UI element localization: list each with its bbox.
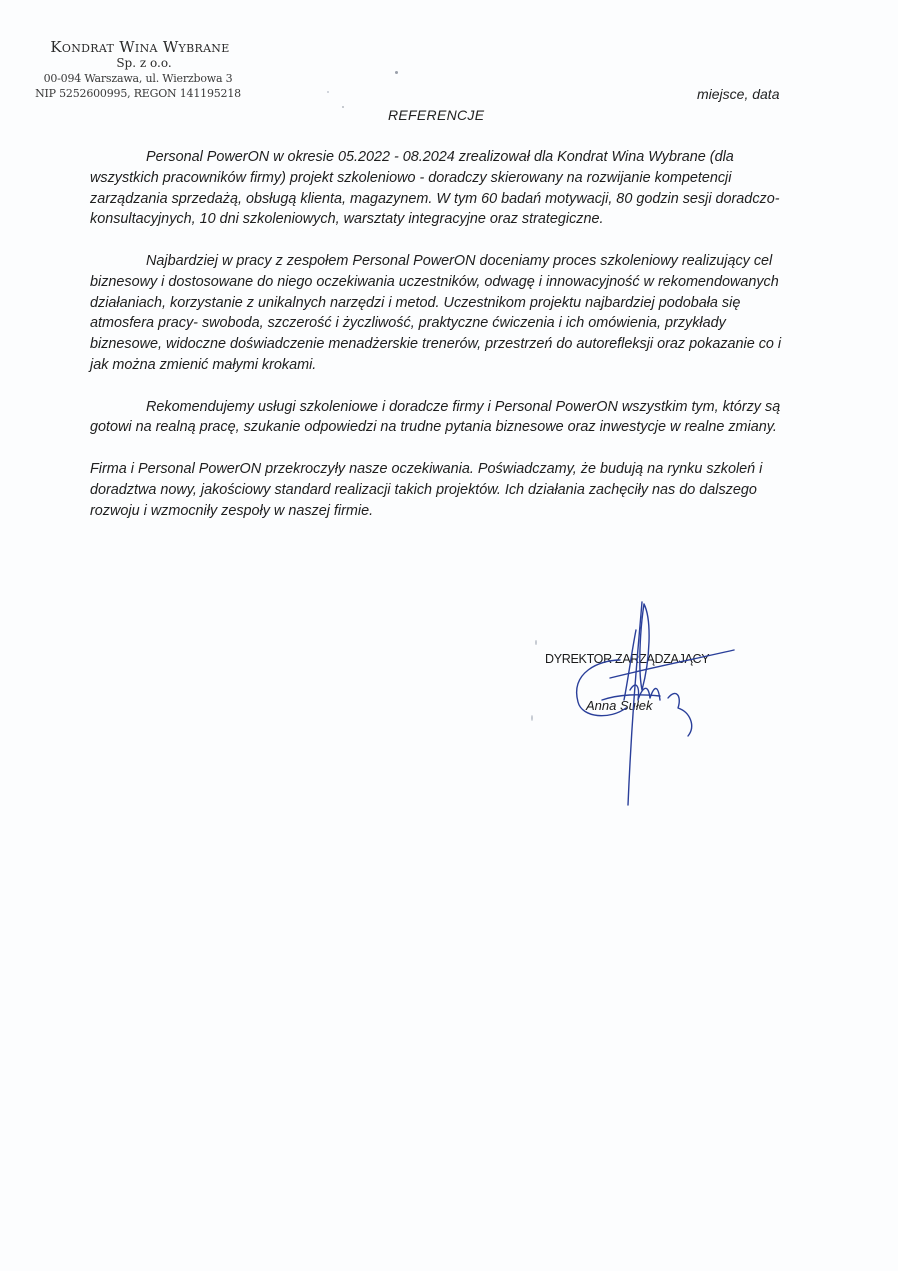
handwritten-signature-icon (520, 590, 780, 830)
scan-speck (395, 71, 398, 74)
signature-block: DYREKTOR ZARZĄDZAJĄCY Anna Sułek (520, 590, 780, 830)
paragraph-4: Firma i Personal PowerON przekroczyły na… (90, 459, 790, 521)
company-ids: NIP 5252600995, REGON 141195218 (28, 86, 248, 101)
company-name: Kondrat Wina Wybrane (32, 38, 248, 56)
paragraph-3: Rekomendujemy usługi szkoleniowe i dorad… (90, 397, 790, 439)
scan-speck (535, 640, 537, 645)
scan-speck (531, 715, 533, 721)
document-page: Kondrat Wina Wybrane Sp. z o.o. 00-094 W… (0, 0, 898, 1271)
scan-speck (342, 106, 344, 108)
place-date: miejsce, data (697, 86, 779, 102)
letterhead: Kondrat Wina Wybrane Sp. z o.o. 00-094 W… (22, 38, 248, 101)
company-address: 00-094 Warszawa, ul. Wierzbowa 3 (28, 71, 248, 86)
scan-speck (327, 91, 329, 93)
letter-body: Personal PowerON w okresie 05.2022 - 08.… (90, 147, 790, 542)
paragraph-2: Najbardziej w pracy z zespołem Personal … (90, 251, 790, 376)
legal-form: Sp. z o.o. (40, 56, 248, 71)
document-title: REFERENCJE (388, 107, 484, 123)
paragraph-1: Personal PowerON w okresie 05.2022 - 08.… (90, 147, 790, 230)
